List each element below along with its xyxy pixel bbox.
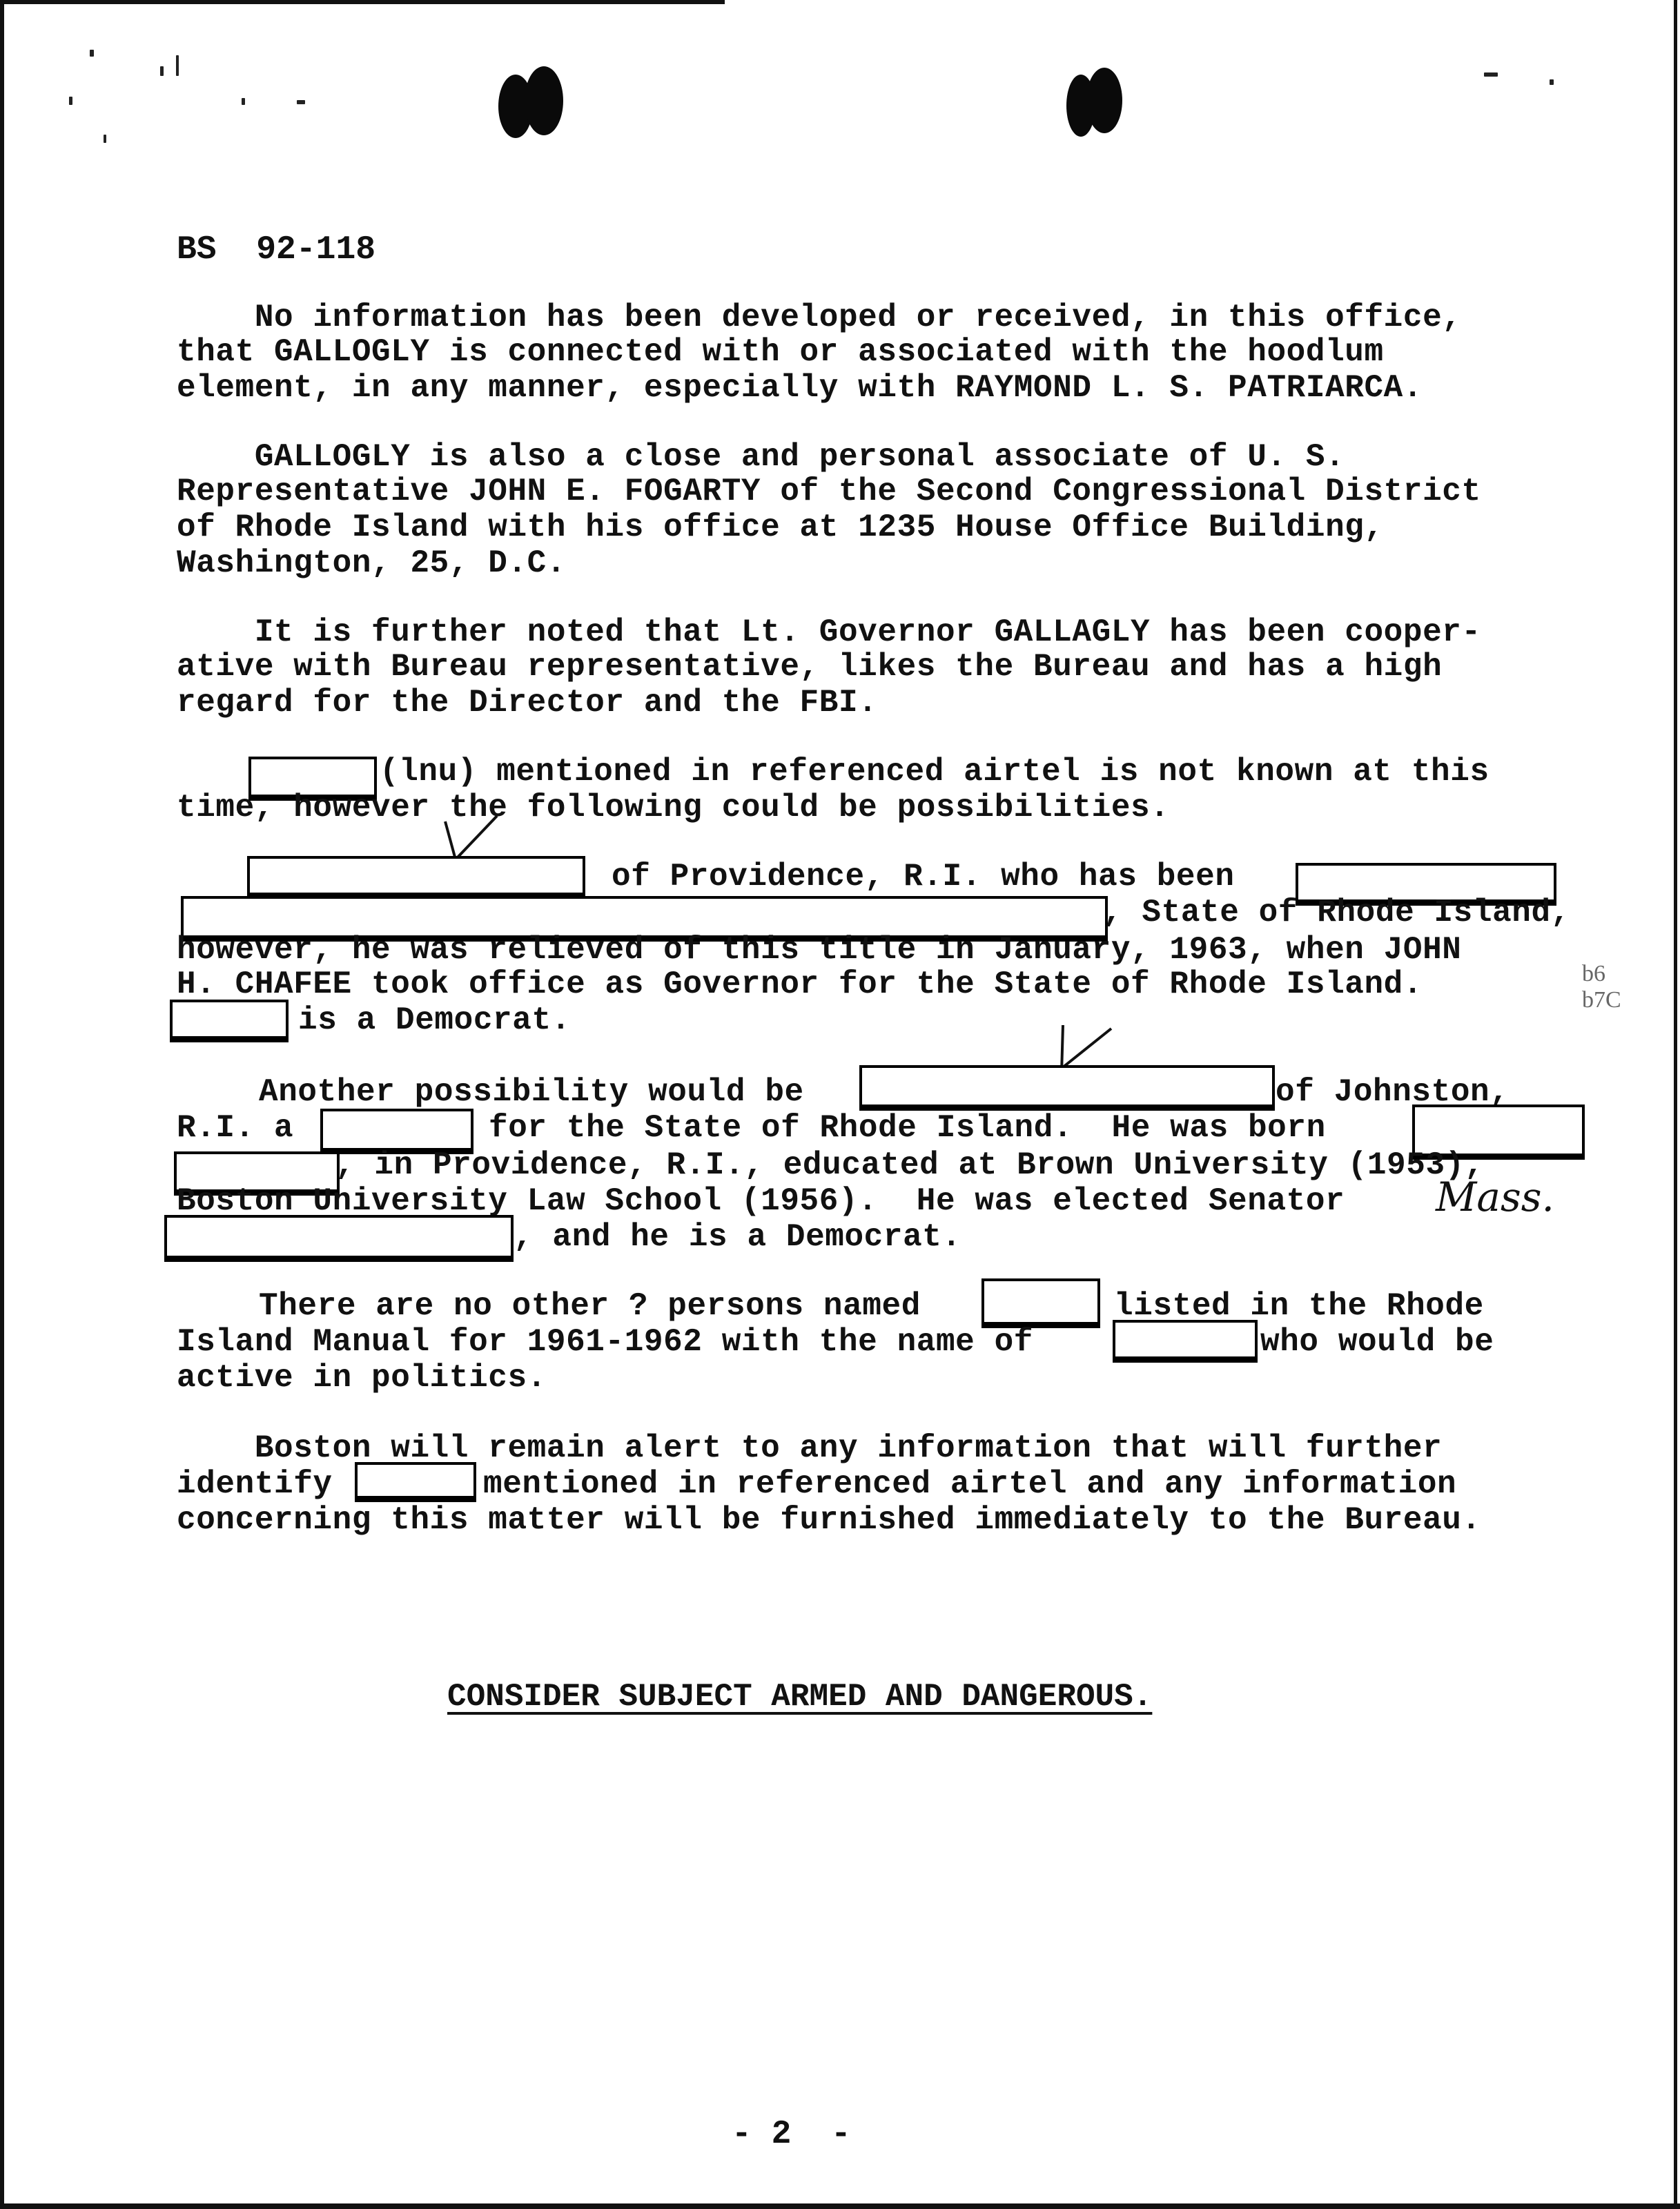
exemption-code-b7c: b7C <box>1582 987 1621 1013</box>
scan-speck <box>90 50 94 57</box>
punch-hole-right-overlap <box>1086 68 1122 133</box>
p7-line3: active in politics. <box>177 1360 547 1396</box>
p6-line2: R.I. a <box>177 1110 293 1146</box>
page-number: - 2 - <box>732 2116 851 2153</box>
p7-line2: Island Manual for 1961-1962 with the nam… <box>177 1324 1033 1360</box>
p6-line2b: for the State of Rhode Island. He was bo… <box>489 1110 1326 1146</box>
p5-line2: , State of Rhode Island, <box>1103 895 1570 931</box>
p7-line1: There are no other ? persons named <box>259 1288 921 1324</box>
scan-edge-right <box>1674 0 1677 2209</box>
p1-line3: element, in any manner, especially with … <box>177 370 1423 406</box>
redacted-senate-term <box>164 1215 514 1262</box>
redacted-name-of <box>1113 1320 1258 1363</box>
scan-speck <box>1484 72 1498 77</box>
punch-hole-left-overlap <box>525 66 563 135</box>
p1-line2: that GALLOGLY is connected with or assoc… <box>177 334 1384 370</box>
p7-line1b: listed in the Rhode <box>1114 1288 1484 1324</box>
p1-line1: No information has been developed or rec… <box>177 300 1462 335</box>
scan-speck <box>297 100 305 104</box>
scan-speck <box>160 66 164 76</box>
scan-speck <box>1550 79 1554 85</box>
redacted-name-democrat <box>170 1000 289 1042</box>
p2-line3: of Rhode Island with his office at 1235 … <box>177 509 1384 545</box>
redacted-name-listed <box>981 1278 1100 1328</box>
p5-line5: is a Democrat. <box>298 1002 571 1038</box>
document-page: BS 92-118 No information has been develo… <box>0 0 1680 2209</box>
p2-line2: Representative JOHN E. FOGARTY of the Se… <box>177 474 1481 509</box>
redacted-name-possibility-1 <box>247 856 585 899</box>
file-number: BS 92-118 <box>177 231 375 269</box>
p3-line2: ative with Bureau representative, likes … <box>177 649 1442 685</box>
p6-line3: , in Providence, R.I., educated at Brown… <box>335 1147 1484 1183</box>
p4-line2: time, however the following could be pos… <box>177 790 1169 826</box>
p3-line1: It is further noted that Lt. Governor GA… <box>177 614 1481 650</box>
p5-line3: however, he was relieved of this title i… <box>177 932 1462 968</box>
p8-line2b: mentioned in referenced airtel and any i… <box>483 1466 1456 1502</box>
scan-speck <box>176 55 179 76</box>
p3-line3: regard for the Director and the FBI. <box>177 685 877 721</box>
p8-line2: identify <box>177 1466 333 1502</box>
p8-line1: Boston will remain alert to any informat… <box>177 1430 1442 1466</box>
p6-line4: Boston University Law School (1956). He … <box>177 1183 1345 1219</box>
p4-line1: (lnu) mentioned in referenced airtel is … <box>380 754 1489 790</box>
p6-line1: Another possibility would be <box>259 1074 804 1110</box>
scan-edge-top <box>0 0 725 4</box>
scan-speck <box>104 135 106 143</box>
p5-line4: H. CHAFEE took office as Governor for th… <box>177 966 1423 1002</box>
redacted-name-possibility-2 <box>859 1065 1275 1111</box>
p2-line4: Washington, 25, D.C. <box>177 545 566 581</box>
scan-speck <box>242 98 245 105</box>
p7-line2b: who would be <box>1260 1324 1494 1360</box>
scan-edge-left <box>0 0 4 2209</box>
handwritten-annotation-mass: Mass. <box>1436 1174 1554 1220</box>
p2-line1: GALLOGLY is also a close and personal as… <box>177 439 1345 475</box>
redacted-name-identify <box>355 1462 476 1502</box>
exemption-code-b6: b6 <box>1582 961 1605 987</box>
scan-edge-bottom <box>0 2203 1680 2209</box>
p6-line5: , and he is a Democrat. <box>514 1219 961 1255</box>
armed-and-dangerous-warning: CONSIDER SUBJECT ARMED AND DANGEROUS. <box>447 1679 1152 1715</box>
p8-line3: concerning this matter will be furnished… <box>177 1502 1481 1538</box>
scan-speck <box>69 97 72 105</box>
p5-line1: of Providence, R.I. who has been <box>612 859 1235 895</box>
